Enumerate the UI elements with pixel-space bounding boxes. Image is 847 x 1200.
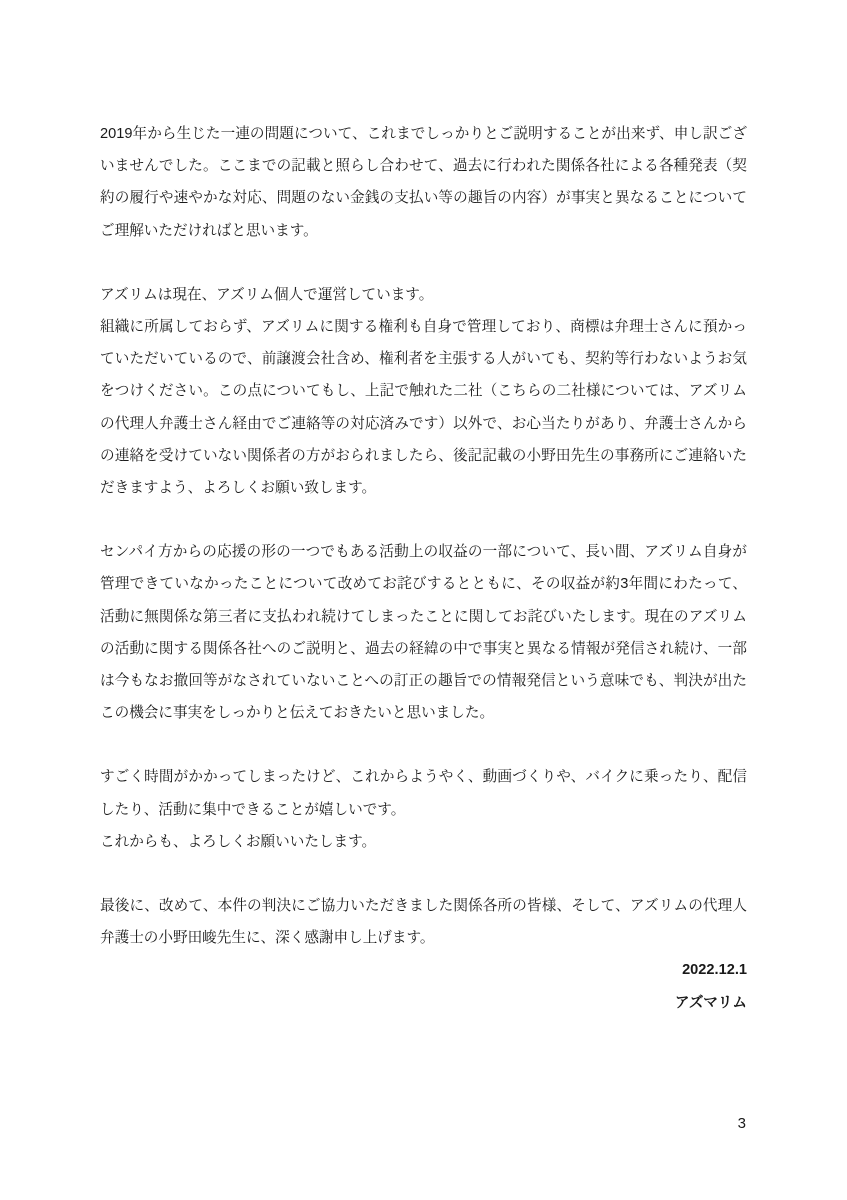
date-line: 2022.12.1 bbox=[100, 954, 747, 986]
paragraph-future-activities: すごく時間がかかってしまったけど、これからようやく、動画づくりや、バイクに乗った… bbox=[100, 761, 747, 858]
signature-line: アズマリム bbox=[100, 987, 747, 1019]
paragraph-thanks: 最後に、改めて、本件の判決にご協力いただきました関係各所の皆様、そして、アズリム… bbox=[100, 890, 747, 954]
page-number: 3 bbox=[738, 1116, 746, 1132]
document-body: 2019年から生じた一連の問題について、これまでしっかりとご説明することが出来ず… bbox=[100, 118, 747, 1019]
paragraph-apology-intro: 2019年から生じた一連の問題について、これまでしっかりとご説明することが出来ず… bbox=[100, 118, 747, 247]
paragraph-revenue-apology: センパイ方からの応援の形の一つでもある活動上の収益の一部について、長い間、アズリ… bbox=[100, 536, 747, 729]
paragraph-current-operation: アズリムは現在、アズリム個人で運営しています。 組織に所属しておらず、アズリムに… bbox=[100, 279, 747, 504]
document-page: 2019年から生じた一連の問題について、これまでしっかりとご説明することが出来ず… bbox=[0, 0, 847, 1200]
